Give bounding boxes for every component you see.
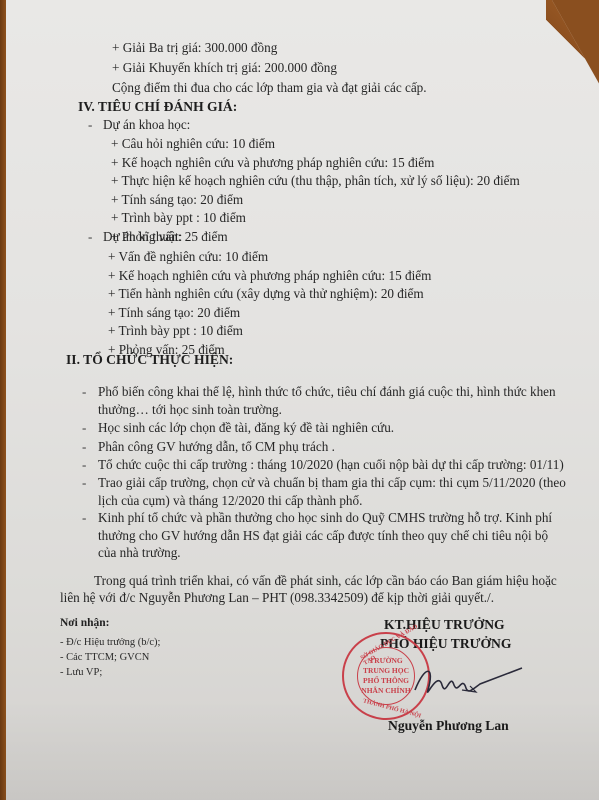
closing-line-1: Trong quá trình triển khai, có vấn đề ph… [94,573,557,589]
criteria-item: + Kế hoạch nghiên cứu và phương pháp ngh… [111,155,434,171]
criteria-item: + Trình bày ppt : 10 điểm [111,210,246,226]
prize-third: + Giải Ba trị giá: 300.000 đồng [112,40,277,56]
prize-encouragement: + Giải Khuyến khích trị giá: 200.000 đồn… [112,60,337,76]
implementation-item: Phân công GV hướng dẫn, tổ CM phụ trách … [98,439,335,455]
implementation-item: thưởng… tới học sinh toàn trường. [98,402,282,418]
recipients-heading: Nơi nhận: [60,617,110,629]
criteria-item: + Tiến hành nghiên cứu (xây dựng và thử … [108,286,424,302]
signer-name: Nguyễn Phương Lan [388,718,509,734]
closing-line-2: liên hệ với đ/c Nguyễn Phương Lan – PHT … [60,590,494,606]
implementation-item: Học sinh các lớp chọn đề tài, đăng ký đề… [98,420,394,436]
section-ii-heading: II. TỔ CHỨC THỰC HIỆN: [66,352,233,368]
handwritten-signature [410,660,530,710]
recipient-item: - Các TTCM; GVCN [60,652,149,663]
implementation-item: lịch của cụm) và tháng 12/2020 thi cấp t… [98,493,362,509]
implementation-item: của nhà trường. [98,545,181,561]
implementation-item: Kinh phí tổ chức và phần thưởng cho học … [98,510,552,526]
implementation-item: Phổ biến công khai thể lệ, hình thức tổ … [98,384,556,400]
desk-corner [546,0,599,100]
dash: - [88,229,92,245]
criteria-item: + Tính sáng tạo: 20 điểm [108,305,240,321]
prize-note: Cộng điểm thi đua cho các lớp tham gia v… [112,80,427,96]
criteria-item: + Thực hiện kế hoạch nghiên cứu (thu thậ… [111,173,520,189]
criteria-item: + Vấn đề nghiên cứu: 10 điểm [108,249,268,265]
dash: - [82,457,86,473]
dash: - [82,475,86,491]
section-iv-heading: IV. TIÊU CHÍ ĐÁNH GIÁ: [78,99,237,115]
recipient-item: - Đ/c Hiệu trưởng (b/c); [60,637,160,648]
implementation-item: Trao giải cấp trường, chọn cử và chuẩn b… [98,475,566,491]
dash: - [82,439,86,455]
criteria-item: + Kế hoạch nghiên cứu và phương pháp ngh… [108,268,431,284]
dash: - [82,420,86,436]
science-project-label: Dự án khoa học: [103,117,190,133]
dash: - [88,117,92,133]
implementation-item: Tổ chức cuộc thi cấp trường : tháng 10/2… [98,457,564,473]
engineering-project-label: Dự án kĩ thuật: [103,229,182,245]
implementation-item: thưởng cho GV hướng dẫn HS đạt giải các … [98,528,548,544]
criteria-item: + Trình bày ppt : 10 điểm [108,323,243,339]
dash: - [82,384,86,400]
recipient-item: - Lưu VP; [60,667,102,678]
criteria-item: + Tính sáng tạo: 20 điểm [111,192,243,208]
dash: - [82,510,86,526]
criteria-item: + Câu hỏi nghiên cứu: 10 điểm [111,136,275,152]
